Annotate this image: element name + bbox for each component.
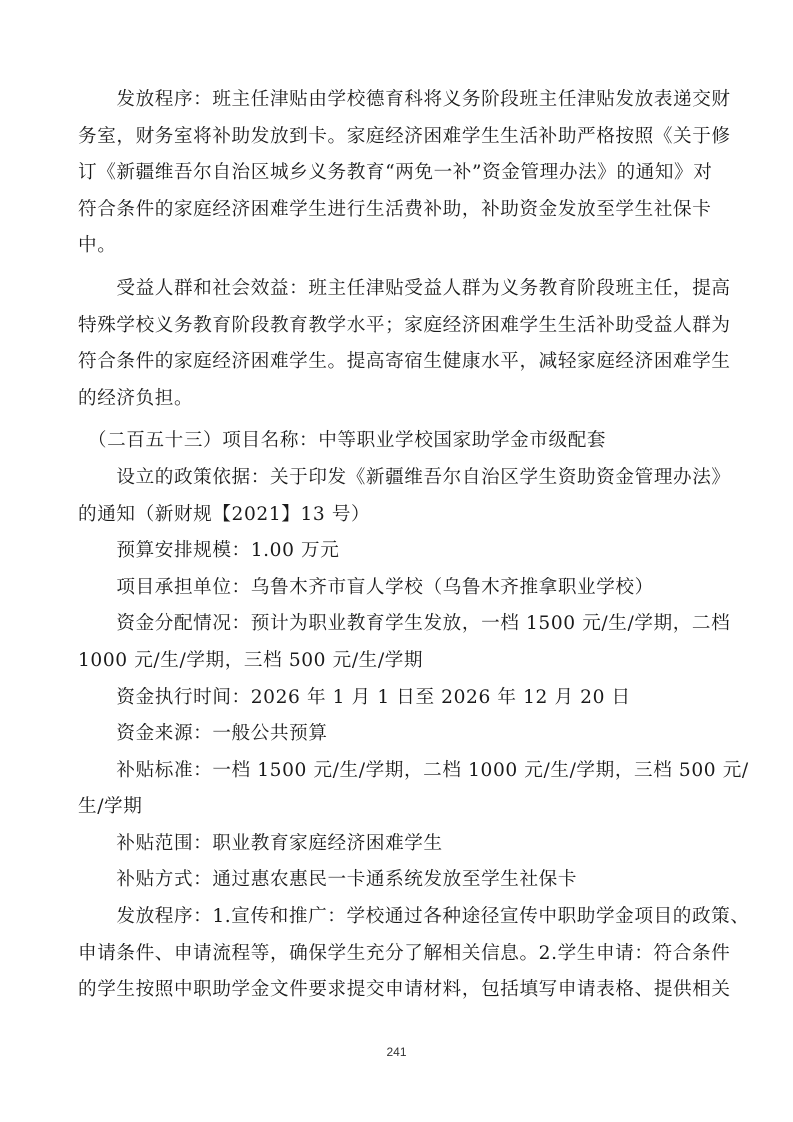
- text-line: 中。: [78, 228, 714, 265]
- text-line: 订《新疆维吾尔自治区城乡义务教育“两免一补”资金管理办法》的通知》对: [78, 155, 714, 192]
- section-heading-project-253: （二百五十三）项目名称：中等职业学校国家助学金市级配套: [78, 423, 714, 460]
- text-line: （二百五十三）项目名称：中等职业学校国家助学金市级配套: [78, 423, 714, 460]
- paragraph-subsidy-scope: 补贴范围：职业教育家庭经济困难学生: [78, 826, 714, 863]
- text-line: 预算安排规模：1.00 万元: [78, 533, 714, 570]
- paragraph-fund-source: 资金来源：一般公共预算: [78, 716, 714, 753]
- text-line: 项目承担单位：乌鲁木齐市盲人学校（乌鲁木齐推拿职业学校）: [78, 570, 714, 607]
- page-number: 241: [0, 1045, 793, 1059]
- paragraph-disbursement-procedure-1: 发放程序：班主任津贴由学校德育科将义务阶段班主任津贴发放表递交财 务室，财务室将…: [78, 82, 714, 265]
- paragraph-subsidy-standard: 补贴标准：一档 1500 元/生/学期，二档 1000 元/生/学期，三档 50…: [78, 753, 714, 826]
- text-line: 1000 元/生/学期，三档 500 元/生/学期: [78, 643, 714, 680]
- text-line: 资金执行时间：2026 年 1 月 1 日至 2026 年 12 月 20 日: [78, 680, 714, 717]
- paragraph-undertaking-unit: 项目承担单位：乌鲁木齐市盲人学校（乌鲁木齐推拿职业学校）: [78, 570, 714, 607]
- paragraph-fund-allocation: 资金分配情况：预计为职业教育学生发放，一档 1500 元/生/学期，二档 100…: [78, 606, 714, 679]
- text-line: 生/学期: [78, 789, 714, 826]
- text-line: 特殊学校义务教育阶段教育教学水平；家庭经济困难学生生活补助受益人群为: [78, 308, 714, 345]
- paragraph-policy-basis: 设立的政策依据：关于印发《新疆维吾尔自治区学生资助资金管理办法》 的通知（新财规…: [78, 460, 714, 533]
- text-line: 符合条件的家庭经济困难学生进行生活费补助，补助资金发放至学生社保卡: [78, 192, 714, 229]
- text-line: 的学生按照中职助学金文件要求提交申请材料，包括填写申请表格、提供相关: [78, 972, 714, 1009]
- text-line: 补贴范围：职业教育家庭经济困难学生: [78, 826, 714, 863]
- text-line: 符合条件的家庭经济困难学生。提高寄宿生健康水平，减轻家庭经济困难学生: [78, 344, 714, 381]
- text-line: 的通知（新财规【2021】13 号）: [78, 497, 714, 534]
- paragraph-disbursement-procedure-2: 发放程序：1.宣传和推广：学校通过各种途径宣传中职助学金项目的政策、 申请条件、…: [78, 899, 714, 1009]
- text-line: 务室，财务室将补助发放到卡。家庭经济困难学生生活补助严格按照《关于修: [78, 119, 714, 156]
- text-line: 受益人群和社会效益：班主任津贴受益人群为义务教育阶段班主任，提高: [78, 271, 714, 308]
- paragraph-execution-period: 资金执行时间：2026 年 1 月 1 日至 2026 年 12 月 20 日: [78, 680, 714, 717]
- text-line: 资金分配情况：预计为职业教育学生发放，一档 1500 元/生/学期，二档: [78, 606, 714, 643]
- text-line: 补贴方式：通过惠农惠民一卡通系统发放至学生社保卡: [78, 862, 714, 899]
- text-line: 设立的政策依据：关于印发《新疆维吾尔自治区学生资助资金管理办法》: [78, 460, 714, 497]
- text-line: 申请条件、申请流程等，确保学生充分了解相关信息。2.学生申请：符合条件: [78, 936, 714, 973]
- paragraph-beneficiaries: 受益人群和社会效益：班主任津贴受益人群为义务教育阶段班主任，提高 特殊学校义务教…: [78, 271, 714, 417]
- text-line: 发放程序：1.宣传和推广：学校通过各种途径宣传中职助学金项目的政策、: [78, 899, 714, 936]
- text-line: 的经济负担。: [78, 381, 714, 418]
- text-line: 资金来源：一般公共预算: [78, 716, 714, 753]
- paragraph-budget-scale: 预算安排规模：1.00 万元: [78, 533, 714, 570]
- paragraph-subsidy-method: 补贴方式：通过惠农惠民一卡通系统发放至学生社保卡: [78, 862, 714, 899]
- text-line: 发放程序：班主任津贴由学校德育科将义务阶段班主任津贴发放表递交财: [78, 82, 714, 119]
- document-body: 发放程序：班主任津贴由学校德育科将义务阶段班主任津贴发放表递交财 务室，财务室将…: [78, 82, 714, 1009]
- text-line: 补贴标准：一档 1500 元/生/学期，二档 1000 元/生/学期，三档 50…: [78, 753, 714, 790]
